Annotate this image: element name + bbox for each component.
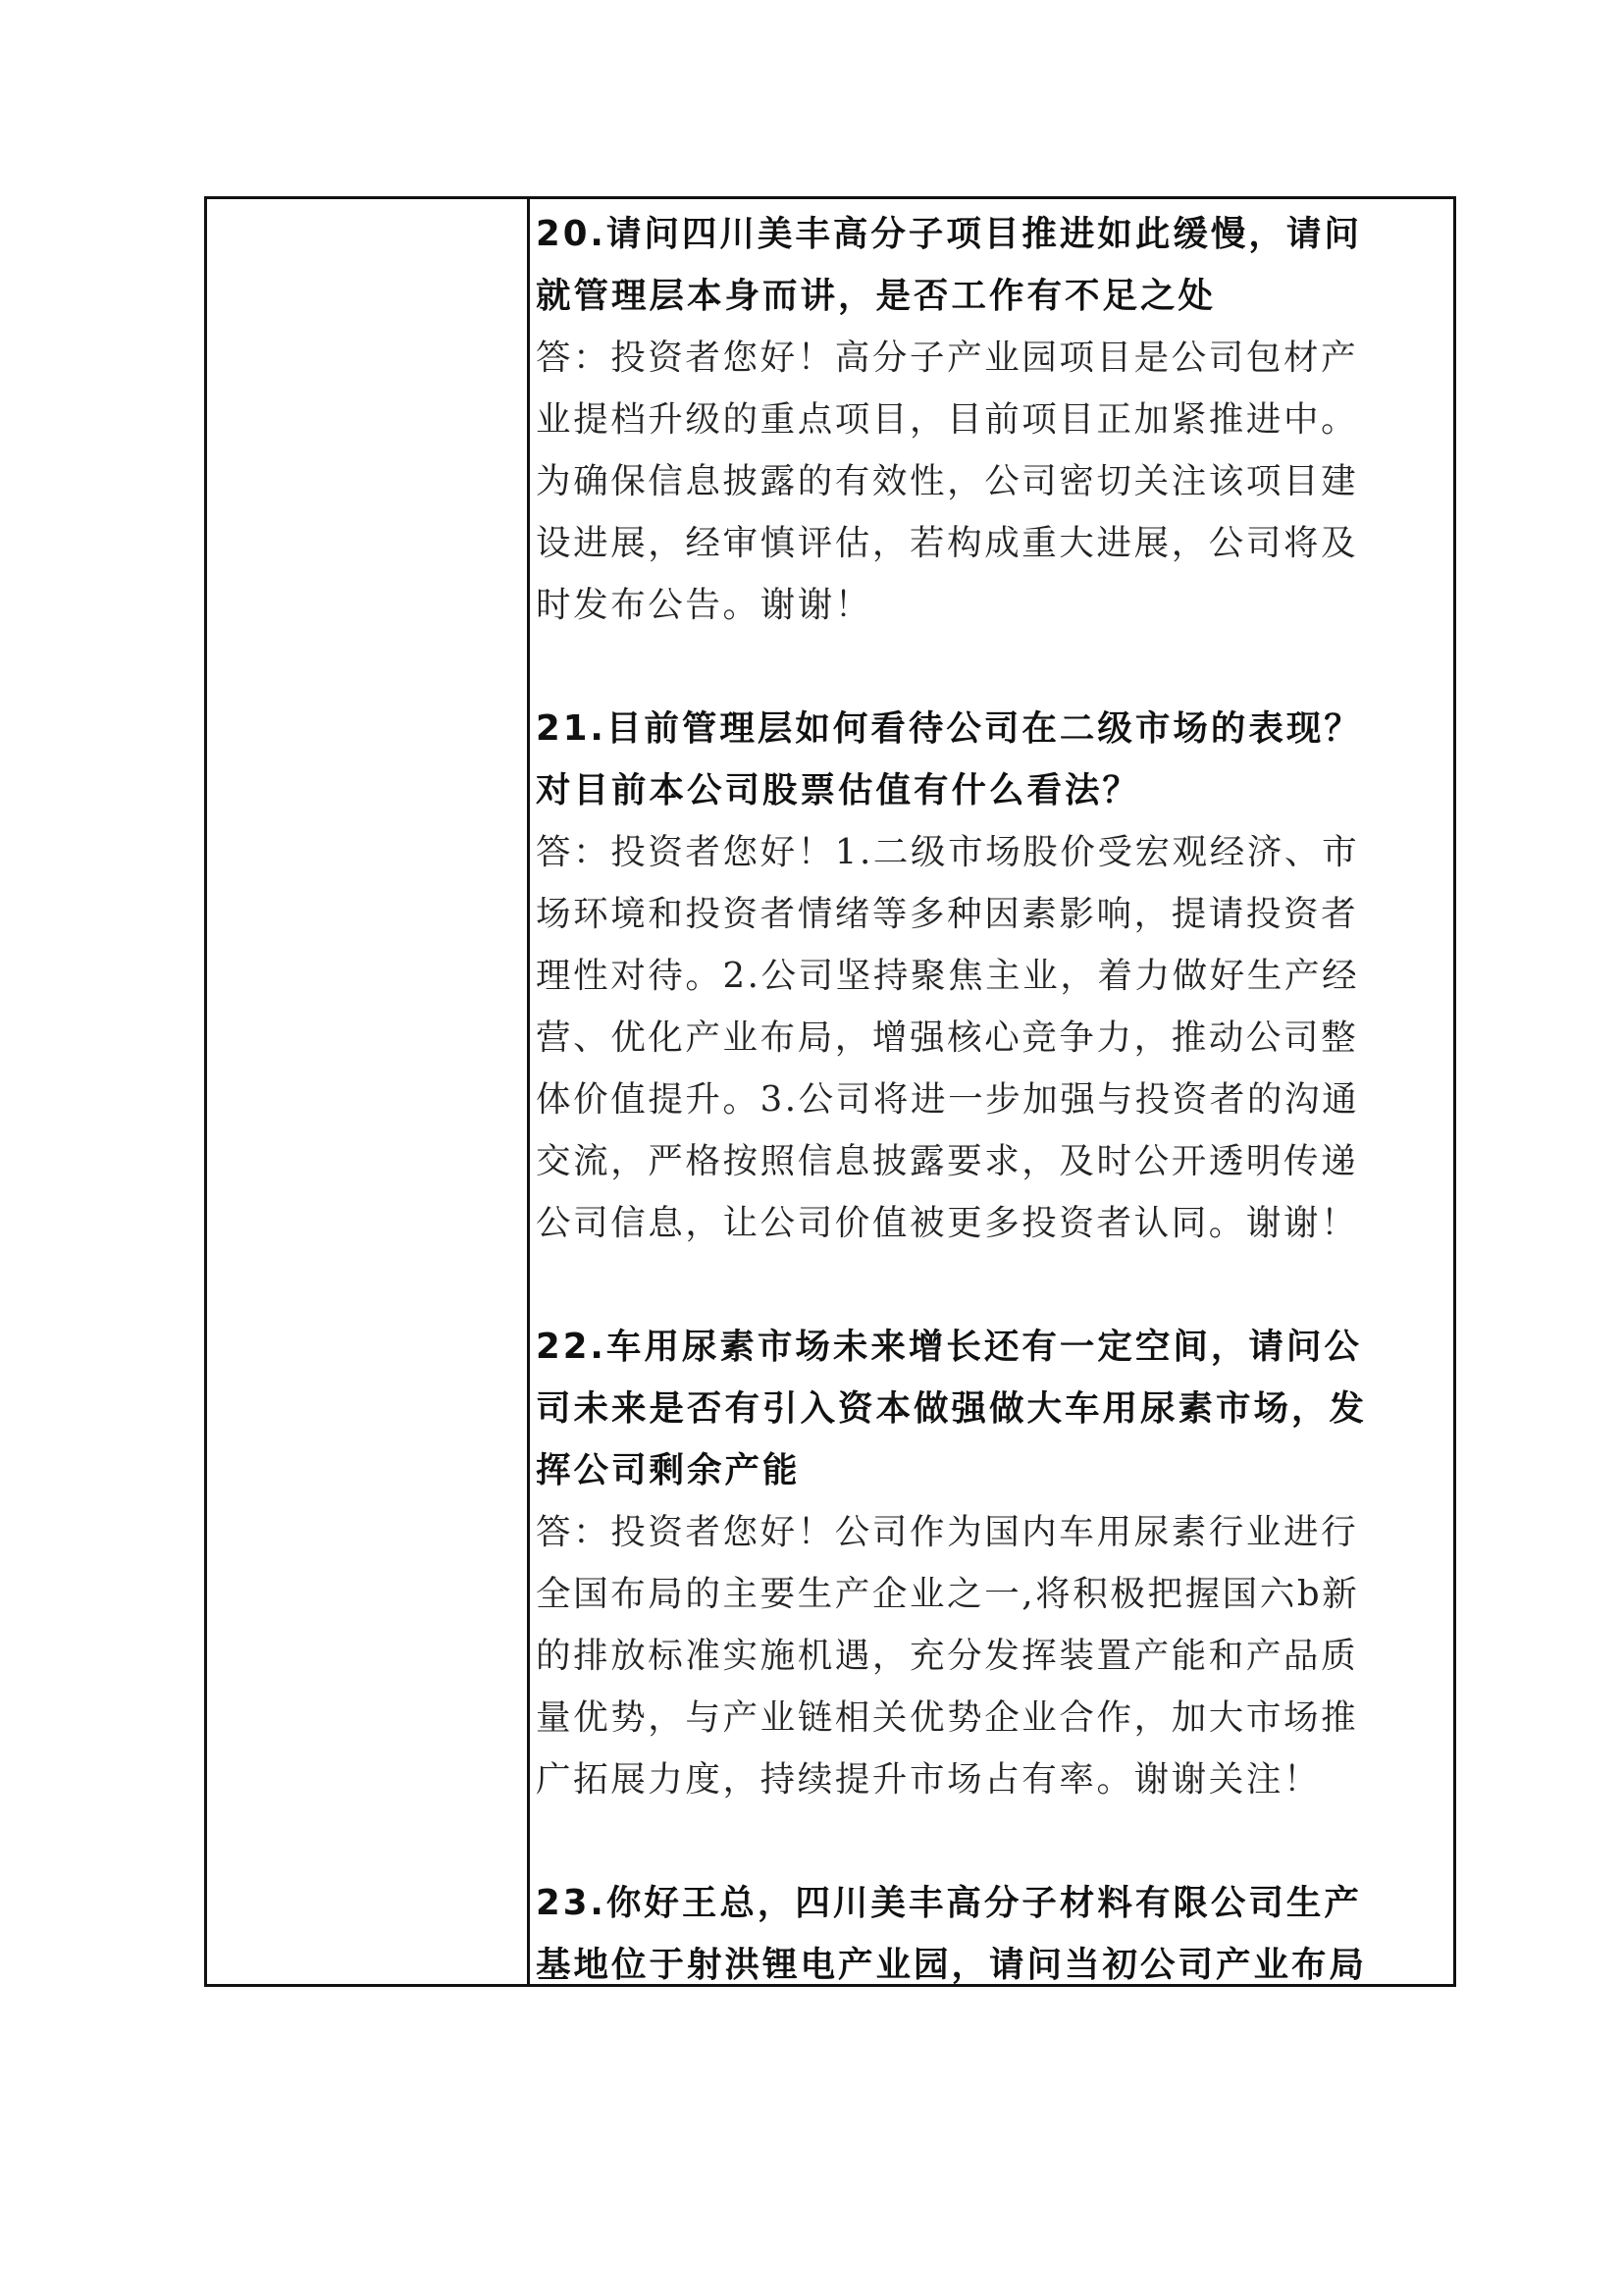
document-page: 20.请问四川美丰高分子项目推进如此缓慢，请问 就管理层本身而讲，是否工作有不足… [0, 0, 1623, 2296]
answer-line: 答：投资者您好！公司作为国内车用尿素行业进行 [536, 1501, 1447, 1563]
question-line: 20.请问四川美丰高分子项目推进如此缓慢，请问 [536, 203, 1447, 265]
qa-item-22: 22.车用尿素市场未来增长还有一定空间，请问公 司未来是否有引入资本做强做大车用… [536, 1316, 1447, 1810]
answer-line: 体价值提升。3.公司将进一步加强与投资者的沟通 [536, 1069, 1447, 1130]
answer-line: 业提档升级的重点项目，目前项目正加紧推进中。 [536, 389, 1447, 450]
question-line: 21.目前管理层如何看待公司在二级市场的表现？ [536, 698, 1447, 759]
answer-line: 交流，严格按照信息披露要求，及时公开透明传递 [536, 1130, 1447, 1192]
question-line: 司未来是否有引入资本做强做大车用尿素市场，发 [536, 1378, 1447, 1439]
question-line: 挥公司剩余产能 [536, 1439, 1447, 1501]
qa-table: 20.请问四川美丰高分子项目推进如此缓慢，请问 就管理层本身而讲，是否工作有不足… [204, 196, 1456, 1987]
answer-line: 全国布局的主要生产企业之一,将积极把握国六b新 [536, 1563, 1447, 1625]
answer-line: 营、优化产业布局，增强核心竞争力，推动公司整 [536, 1007, 1447, 1069]
answer-line: 理性对待。2.公司坚持聚焦主业，着力做好生产经 [536, 945, 1447, 1007]
answer-line: 的排放标准实施机遇，充分发挥装置产能和产品质 [536, 1625, 1447, 1687]
answer-line: 设进展，经审慎评估，若构成重大进展，公司将及 [536, 512, 1447, 574]
answer-line: 公司信息，让公司价值被更多投资者认同。谢谢！ [536, 1192, 1447, 1254]
answer-line: 广拓展力度，持续提升市场占有率。谢谢关注！ [536, 1748, 1447, 1810]
question-line: 对目前本公司股票估值有什么看法？ [536, 759, 1447, 821]
question-line: 就管理层本身而讲，是否工作有不足之处 [536, 265, 1447, 327]
qa-item-20: 20.请问四川美丰高分子项目推进如此缓慢，请问 就管理层本身而讲，是否工作有不足… [536, 203, 1447, 636]
answer-line: 量优势，与产业链相关优势企业合作，加大市场推 [536, 1687, 1447, 1748]
paragraph-spacer [536, 636, 1447, 698]
left-column-cell [207, 199, 530, 1984]
question-line: 22.车用尿素市场未来增长还有一定空间，请问公 [536, 1316, 1447, 1378]
question-line: 基地位于射洪锂电产业园，请问当初公司产业布局 [536, 1934, 1447, 1984]
qa-item-23: 23.你好王总，四川美丰高分子材料有限公司生产 基地位于射洪锂电产业园，请问当初… [536, 1872, 1447, 1984]
answer-line: 答：投资者您好！高分子产业园项目是公司包材产 [536, 327, 1447, 389]
qa-item-21: 21.目前管理层如何看待公司在二级市场的表现？ 对目前本公司股票估值有什么看法？… [536, 698, 1447, 1254]
paragraph-spacer [536, 1254, 1447, 1316]
question-line: 23.你好王总，四川美丰高分子材料有限公司生产 [536, 1872, 1447, 1934]
answer-line: 答：投资者您好！1.二级市场股价受宏观经济、市 [536, 821, 1447, 883]
paragraph-spacer [536, 1810, 1447, 1872]
answer-line: 场环境和投资者情绪等多种因素影响，提请投资者 [536, 883, 1447, 945]
qa-content-cell: 20.请问四川美丰高分子项目推进如此缓慢，请问 就管理层本身而讲，是否工作有不足… [530, 199, 1453, 1984]
answer-line: 为确保信息披露的有效性，公司密切关注该项目建 [536, 450, 1447, 512]
answer-line: 时发布公告。谢谢！ [536, 574, 1447, 636]
